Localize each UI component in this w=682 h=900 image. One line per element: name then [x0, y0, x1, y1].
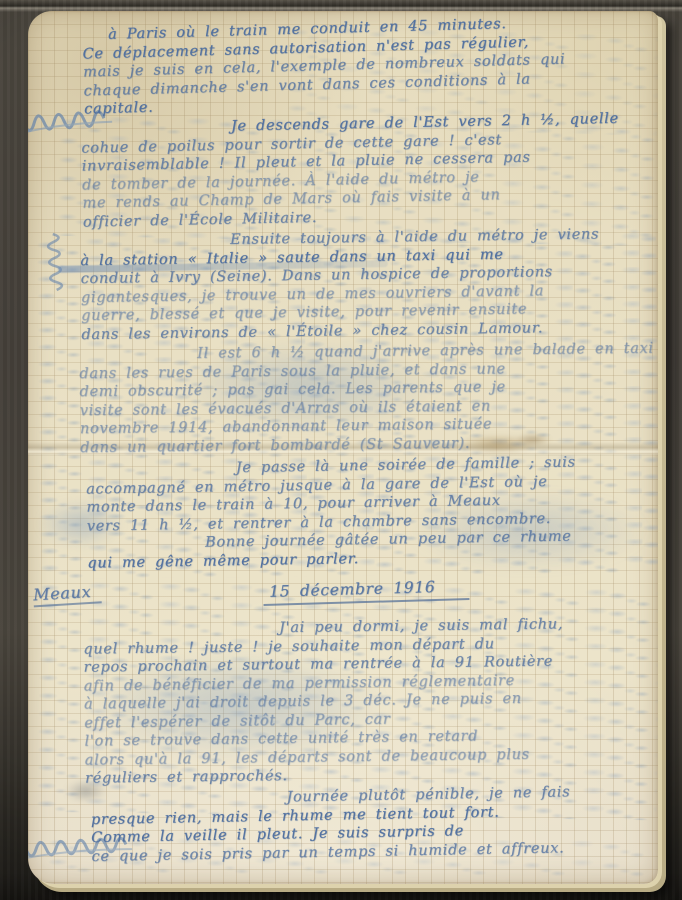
diary-page-scan: à Paris où le train me conduit en 45 min… — [28, 11, 658, 884]
paragraph: Je descends gare de l'Est vers 2 h ½, qu… — [81, 109, 643, 231]
paragraph: Je passe là une soirée de famille ; suis… — [86, 452, 646, 572]
entry-heading: Meaux 15 décembre 1916 — [85, 575, 645, 613]
paragraph: Il est 6 h ½ quand j'arrive après une ba… — [79, 339, 644, 456]
margin-note-location: Meaux — [33, 582, 102, 607]
date-heading: 15 décembre 1916 — [263, 577, 470, 605]
ink-blot-margin-mid-icon — [38, 230, 73, 302]
handwriting-text: à Paris où le train me conduit en 45 min… — [81, 17, 648, 866]
paragraph: J'ai peu dormi, je suis mal fichu, quel … — [83, 614, 647, 788]
paragraph: Ensuite toujours à l'aide du métro je vi… — [80, 224, 644, 343]
paragraph: à Paris où le train me conduit en 45 min… — [82, 11, 642, 119]
paragraph: Journée plutôt pénible, je ne fais presq… — [90, 782, 647, 866]
